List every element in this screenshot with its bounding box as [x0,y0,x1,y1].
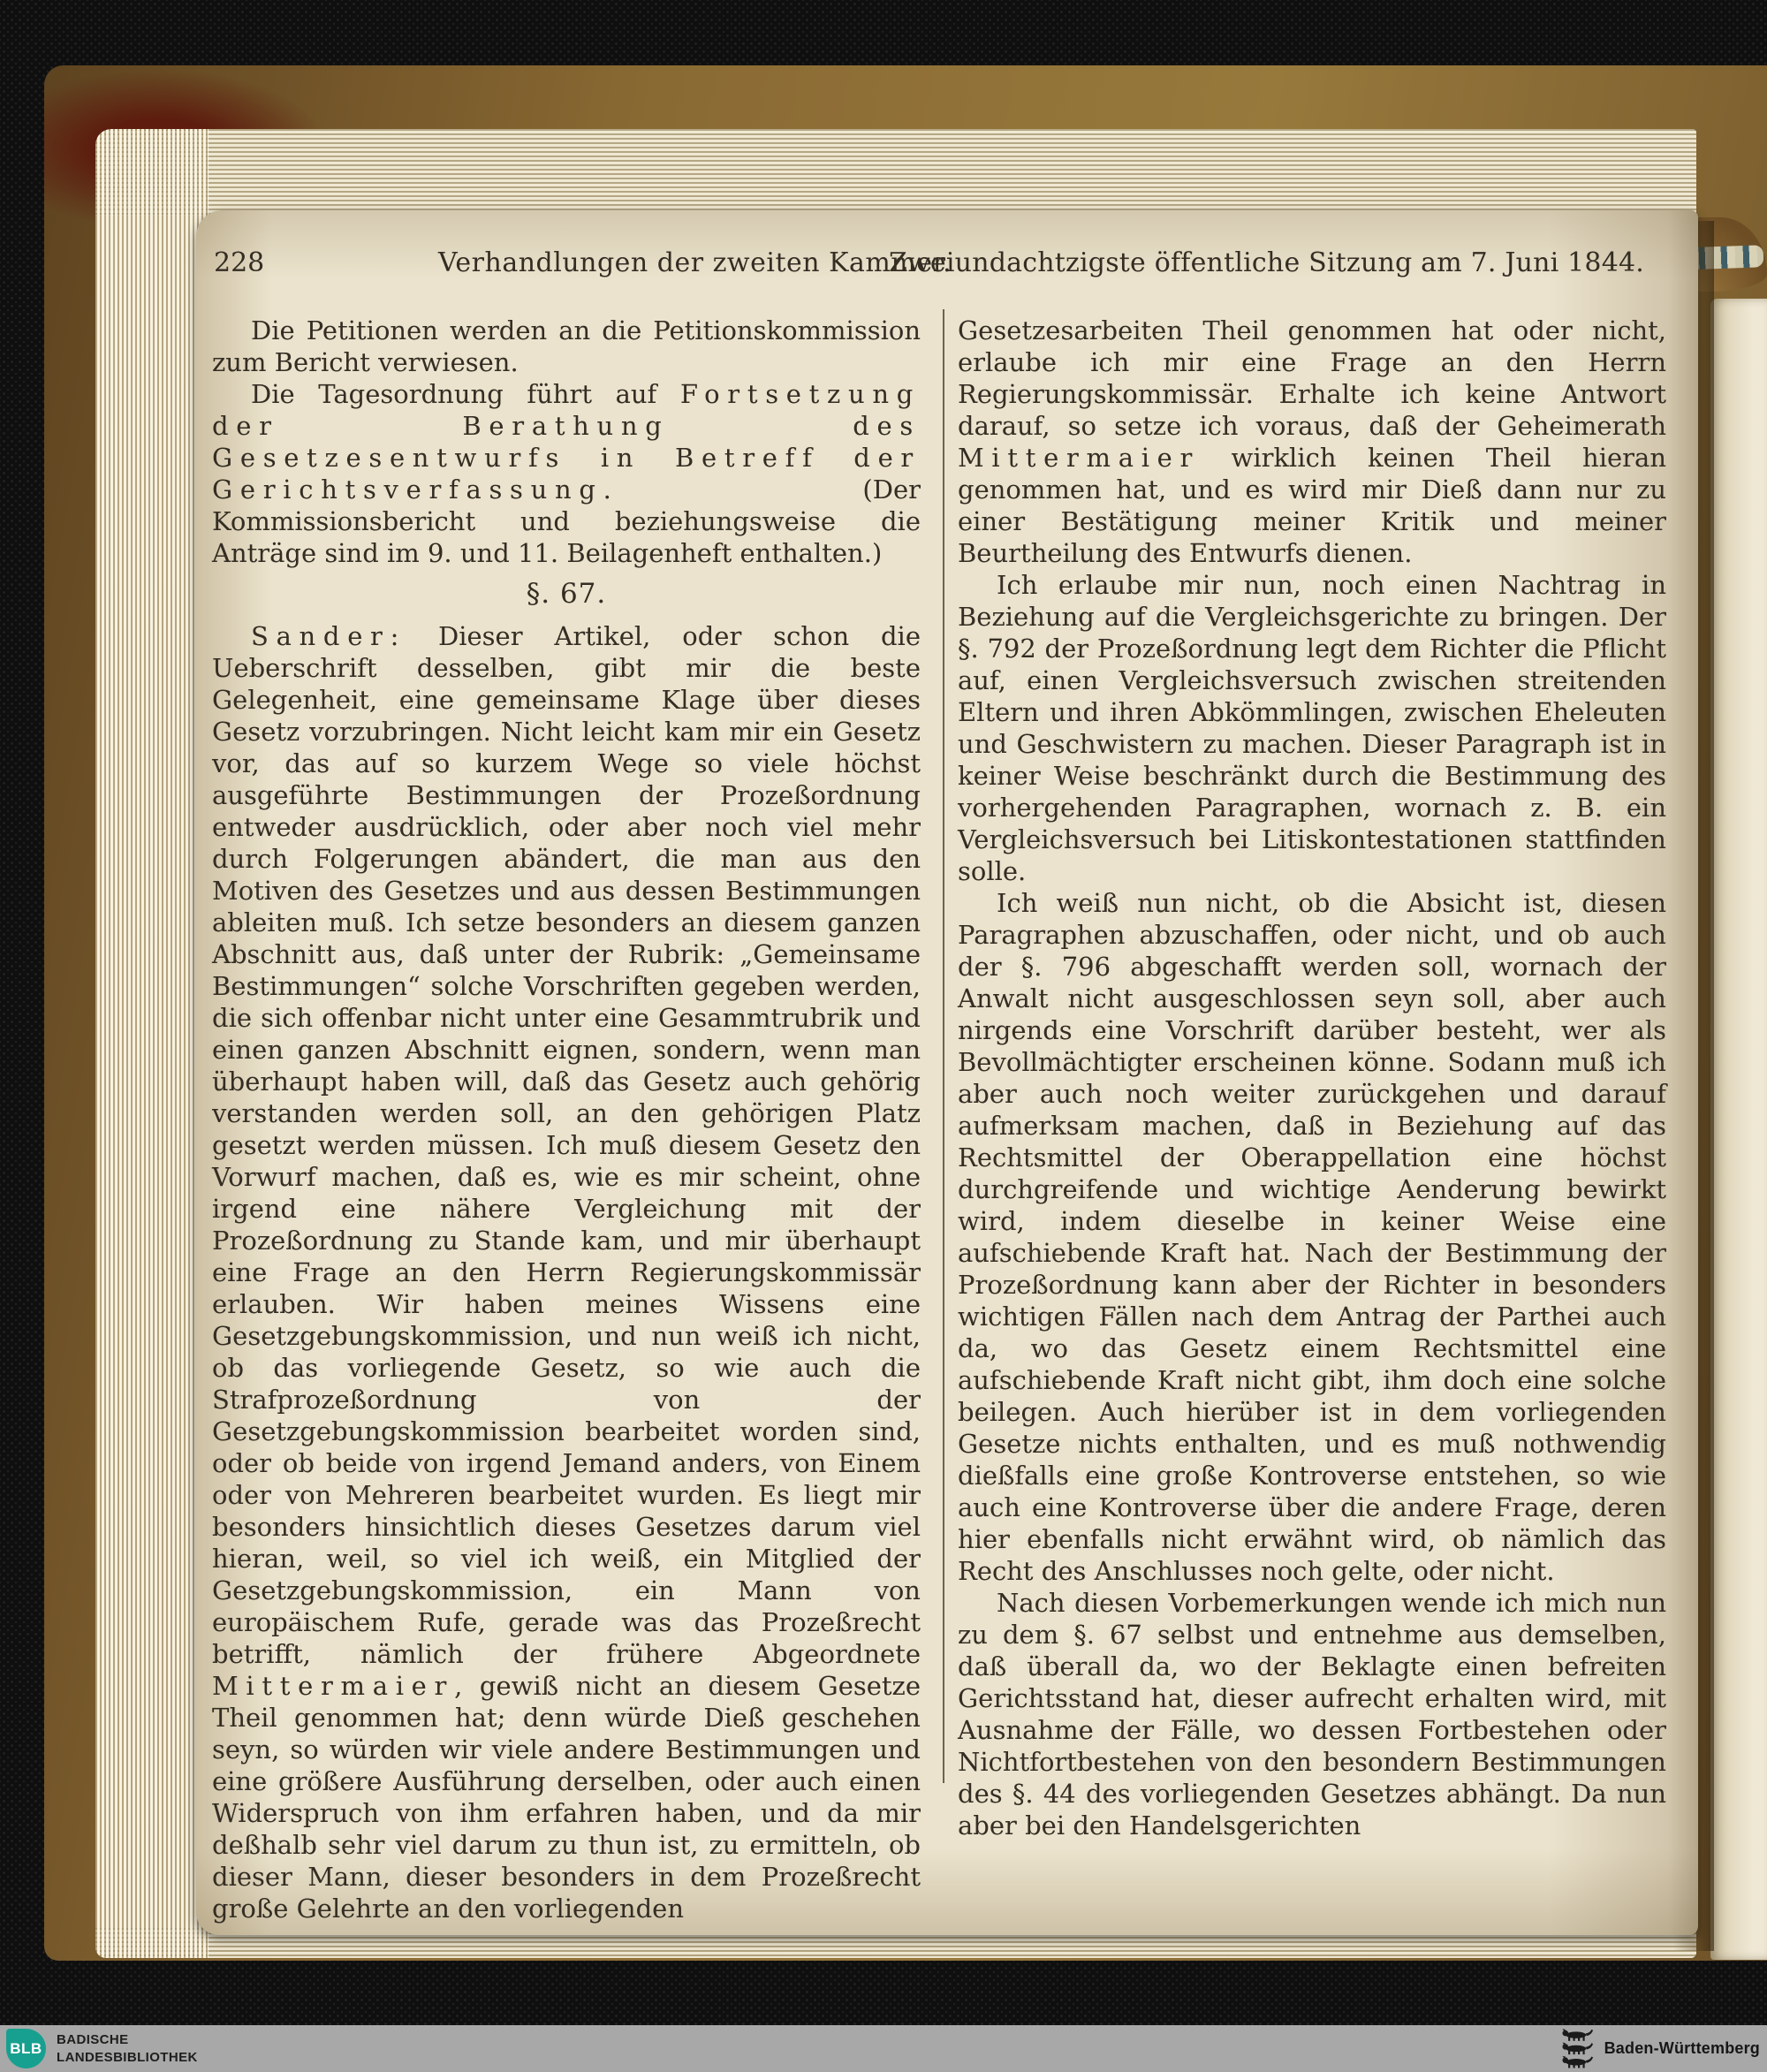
blb-logo: BLB [6,2029,46,2068]
header-title: Verhandlungen der zweiten Kammer. [438,247,952,278]
person-name: Mittermaier [958,443,1200,473]
text-segment: Die Tagesordnung führt auf [251,379,680,409]
paragraph-supplement: Ich erlaube mir nun, noch einen Nachtrag… [958,569,1666,887]
text-segment: , gewiß nicht an diesem Gesetze Theil ge… [212,1671,921,1924]
state-name: Baden-Württemberg [1604,2039,1760,2058]
scanned-book-photo: 228 Verhandlungen der zweiten Kammer. Zw… [0,0,1767,2072]
paragraph-controversy: Ich weiß nun nicht, ob die Absicht ist, … [958,887,1666,1587]
person-name: Mittermaier [212,1671,454,1701]
blb-logo-text: BLB [10,2040,42,2058]
page-number: 228 [214,247,264,278]
footer-bar: BLB BADISCHE LANDESBIBLIOTHEK [0,2025,1767,2072]
baden-wuerttemberg-coat-of-arms-icon [1560,2029,1596,2069]
column-divider-rule [943,309,944,1783]
paragraph-section67: Nach diesen Vorbemerkungen wende ich mic… [958,1587,1666,1841]
left-column: Die Petitionen werden an die Petitionsko… [212,315,921,1924]
speech-continuation-paragraph: Gesetzesarbeiten Theil genommen hat oder… [958,315,1666,569]
library-name-line1: BADISCHE [57,2031,198,2049]
text-segment: Gesetzesarbeiten Theil genommen hat oder… [958,315,1666,441]
section-heading: §. 67. [212,578,921,610]
library-name: BADISCHE LANDESBIBLIOTHEK [57,2031,198,2067]
text-segment: Dieser Artikel, oder schon die Ueberschr… [212,621,921,1669]
paragraph-petitions: Die Petitionen werden an die Petitionsko… [212,315,921,378]
library-name-line2: LANDESBIBLIOTHEK [57,2049,198,2067]
book-page: 228 Verhandlungen der zweiten Kammer. Zw… [196,210,1698,1935]
speech-paragraph: Sander: Dieser Artikel, oder schon die U… [212,620,921,1924]
speaker-name: Sander: [251,621,406,651]
paragraph-agenda: Die Tagesordnung führt auf Fortsetzung d… [212,378,921,569]
state-brand: Baden-Württemberg [1560,2025,1760,2072]
facing-page-edge [1710,299,1767,1960]
right-column: Gesetzesarbeiten Theil genommen hat oder… [958,315,1666,1841]
header-session: Zweiundachtzigste öffentliche Sitzung am… [889,247,1644,278]
